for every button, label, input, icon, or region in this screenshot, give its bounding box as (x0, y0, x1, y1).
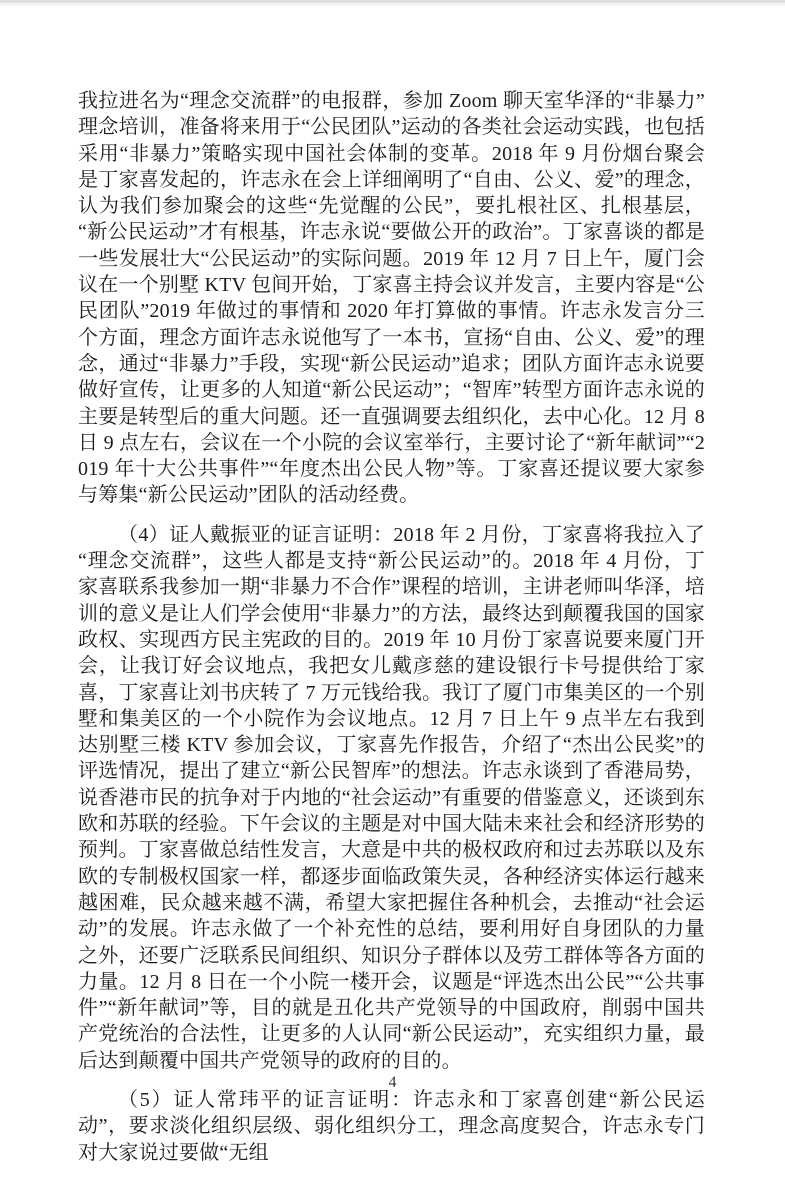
scan-edge-strip (0, 0, 785, 6)
document-text-block: 我拉进名为“理念交流群”的电报群，参加 Zoom 聊天室华泽的“非暴力”理念培训… (78, 88, 705, 1166)
paragraph-testimony-witness-4: （4）证人戴振亚的证言证明：2018 年 2 月份，丁家喜将我拉入了“理念交流群… (78, 522, 705, 1074)
paragraph-testimony-witness-5: （5）证人常玮平的证言证明：许志永和丁家喜创建“新公民运动”，要求淡化组织层级、… (78, 1087, 705, 1166)
document-page: 我拉进名为“理念交流群”的电报群，参加 Zoom 聊天室华泽的“非暴力”理念培训… (0, 0, 785, 1200)
paragraph-continuation: 我拉进名为“理念交流群”的电报群，参加 Zoom 聊天室华泽的“非暴力”理念培训… (78, 88, 705, 509)
page-number: 4 (0, 1074, 785, 1092)
